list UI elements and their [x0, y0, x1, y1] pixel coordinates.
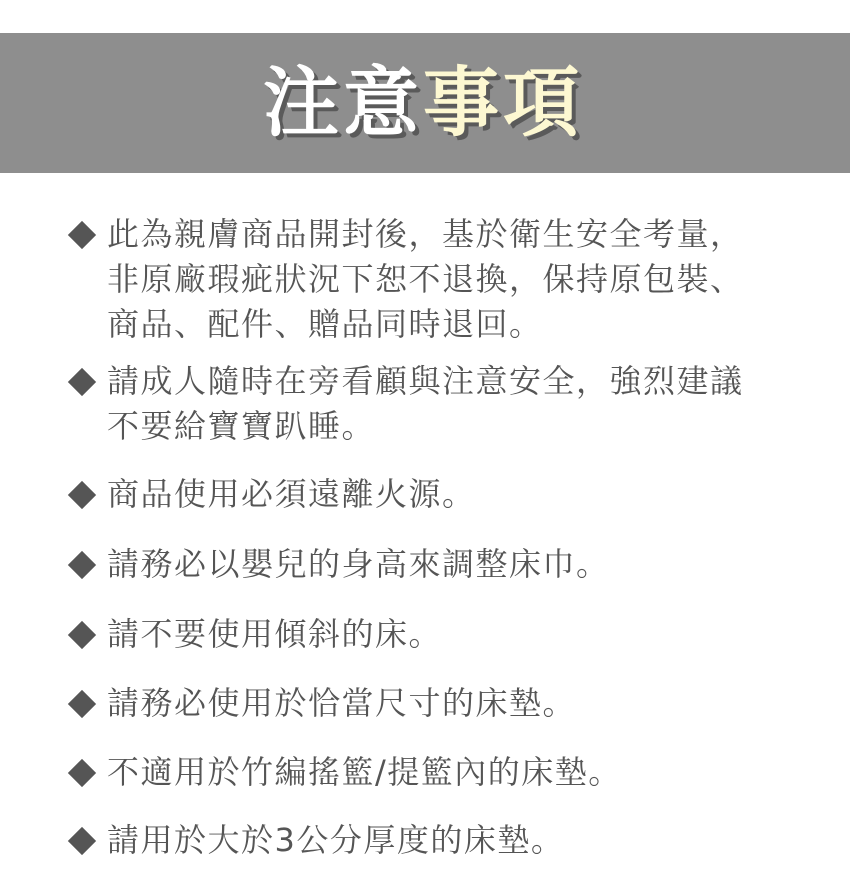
diamond-icon	[68, 480, 96, 508]
page-title: 注意事項	[263, 65, 583, 141]
notice-item: 請不要使用傾斜的床。	[66, 612, 826, 657]
diamond-icon	[68, 367, 96, 395]
title-part-2: 事項	[423, 58, 583, 147]
diamond-icon	[68, 620, 96, 648]
diamond-icon	[68, 220, 96, 248]
diamond-icon	[68, 758, 96, 786]
notice-item: 此為親膚商品開封後，基於衛生安全考量， 非原廠瑕疵狀況下恕不退換，保持原包裝、 …	[66, 212, 826, 347]
notice-text: 不適用於竹編搖籃/提籃內的床墊。	[107, 750, 622, 795]
notice-item: 商品使用必須遠離火源。	[66, 472, 826, 517]
diamond-icon	[68, 826, 96, 854]
header-banner: 注意事項	[0, 33, 850, 173]
notice-text: 請務必以嬰兒的身高來調整床巾。	[107, 542, 610, 587]
bullet	[66, 750, 107, 795]
notice-item: 請務必使用於恰當尺寸的床墊。	[66, 681, 826, 726]
diamond-icon	[68, 689, 96, 717]
notice-item: 請用於大於3公分厚度的床墊。	[66, 818, 826, 863]
notice-text: 請不要使用傾斜的床。	[107, 612, 442, 657]
notice-text: 請成人隨時在旁看顧與注意安全，強烈建議 不要給寶寶趴睡。	[107, 359, 744, 449]
bullet	[66, 359, 107, 404]
bullet	[66, 212, 107, 257]
notice-text: 商品使用必須遠離火源。	[107, 472, 476, 517]
bullet	[66, 472, 107, 517]
notice-item: 請務必以嬰兒的身高來調整床巾。	[66, 542, 826, 587]
diamond-icon	[68, 550, 96, 578]
notice-item: 請成人隨時在旁看顧與注意安全，強烈建議 不要給寶寶趴睡。	[66, 359, 826, 449]
notice-text: 請務必使用於恰當尺寸的床墊。	[107, 681, 576, 726]
notice-text: 請用於大於3公分厚度的床墊。	[107, 818, 564, 863]
bullet	[66, 818, 107, 863]
bullet	[66, 681, 107, 726]
title-part-1: 注意	[263, 58, 423, 147]
notice-item: 不適用於竹編搖籃/提籃內的床墊。	[66, 750, 826, 795]
bullet	[66, 542, 107, 587]
notice-text: 此為親膚商品開封後，基於衛生安全考量， 非原廠瑕疵狀況下恕不退換，保持原包裝、 …	[107, 212, 744, 347]
bullet	[66, 612, 107, 657]
